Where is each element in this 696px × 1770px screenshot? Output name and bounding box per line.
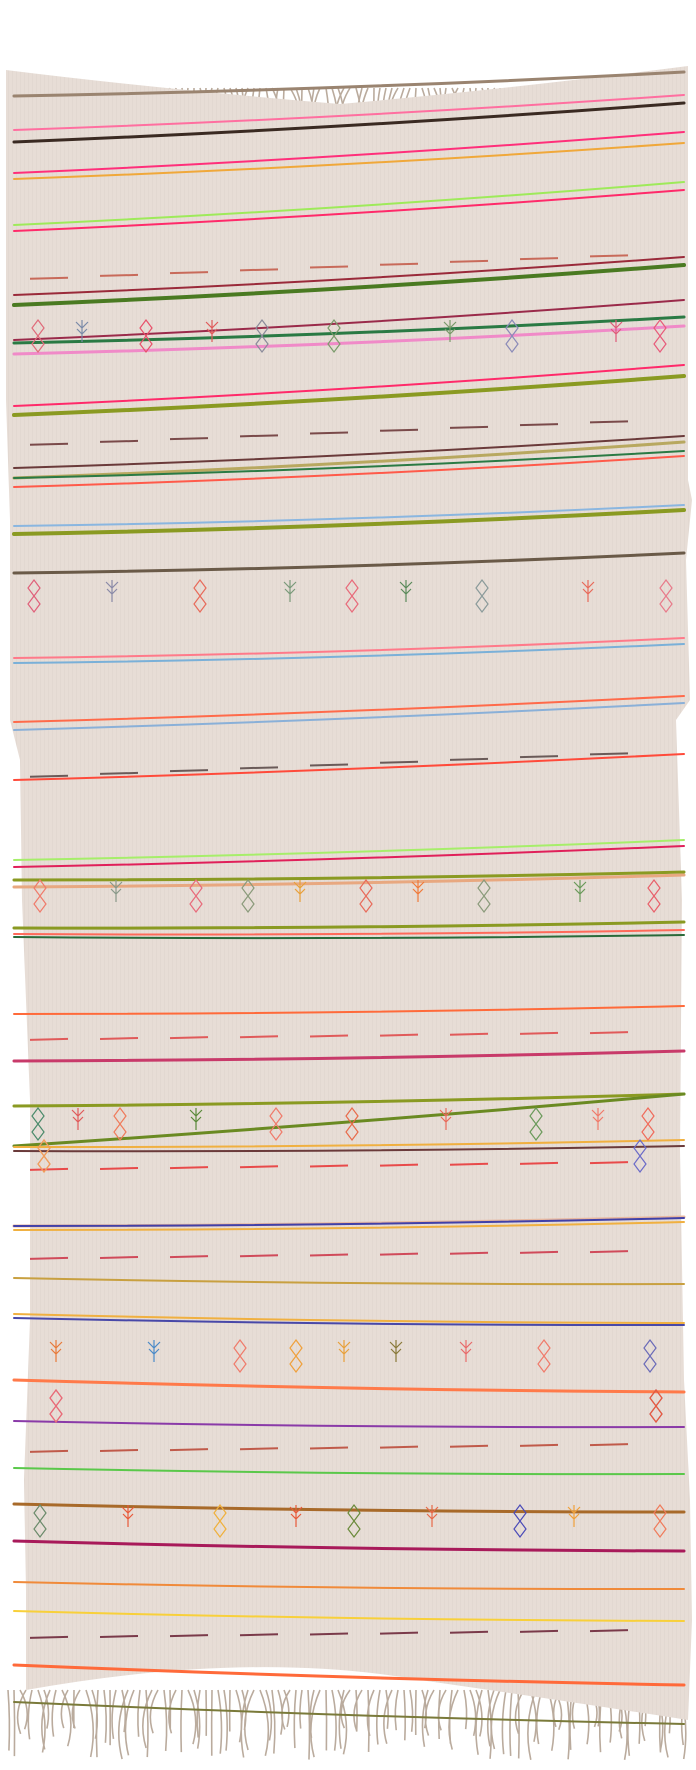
dash [450, 261, 488, 262]
dash [380, 1633, 418, 1634]
dash [310, 1165, 348, 1166]
dash [100, 773, 138, 774]
dash [170, 1167, 208, 1168]
dash [380, 1447, 418, 1448]
dash [590, 1444, 628, 1445]
dash [240, 1036, 278, 1037]
dash [310, 1254, 348, 1255]
dash [30, 1039, 68, 1040]
dash [380, 430, 418, 431]
rug-illustration [0, 0, 696, 1770]
dash [450, 1034, 488, 1035]
dash [590, 1251, 628, 1252]
dash [100, 1450, 138, 1451]
dash [380, 762, 418, 763]
dash [590, 421, 628, 422]
dash [450, 1253, 488, 1254]
dash [520, 1033, 558, 1034]
dash [520, 424, 558, 425]
dash [170, 1635, 208, 1636]
dash [100, 441, 138, 442]
dash [380, 1035, 418, 1036]
dash [450, 759, 488, 760]
dash [240, 1166, 278, 1167]
dash [30, 1451, 68, 1452]
dash [520, 1445, 558, 1446]
dash [380, 264, 418, 265]
dash [170, 1037, 208, 1038]
dash [520, 1163, 558, 1164]
dash [170, 1449, 208, 1450]
dash [30, 1258, 68, 1259]
dash [310, 1447, 348, 1448]
dash [590, 753, 628, 754]
dash [240, 767, 278, 768]
dash [380, 1254, 418, 1255]
dash [450, 427, 488, 428]
dash [450, 1164, 488, 1165]
dash [590, 1032, 628, 1033]
dash [240, 1448, 278, 1449]
dash [30, 1169, 68, 1170]
dash [170, 272, 208, 273]
dash [100, 1168, 138, 1169]
kilim-rug-photo [0, 0, 696, 1770]
dash [100, 1257, 138, 1258]
dash [520, 1631, 558, 1632]
dash [590, 1162, 628, 1163]
dash [520, 1252, 558, 1253]
dash [30, 776, 68, 777]
rug-body [6, 66, 692, 1720]
dash [450, 1632, 488, 1633]
dash [240, 1634, 278, 1635]
stripe [14, 1702, 684, 1724]
dash [590, 1630, 628, 1631]
dash [520, 756, 558, 757]
dash [240, 269, 278, 270]
dash [310, 433, 348, 434]
dash [100, 1038, 138, 1039]
dash [170, 770, 208, 771]
dash [310, 267, 348, 268]
dash [170, 438, 208, 439]
dash [310, 1633, 348, 1634]
dash [380, 1165, 418, 1166]
dash [520, 258, 558, 259]
dash [100, 1636, 138, 1637]
dash [310, 1035, 348, 1036]
dash [100, 275, 138, 276]
dash [450, 1446, 488, 1447]
dash [170, 1256, 208, 1257]
dash [30, 278, 68, 279]
dash [30, 444, 68, 445]
dash [30, 1637, 68, 1638]
dash [240, 1255, 278, 1256]
dash [240, 435, 278, 436]
dash [590, 255, 628, 256]
dash [310, 765, 348, 766]
